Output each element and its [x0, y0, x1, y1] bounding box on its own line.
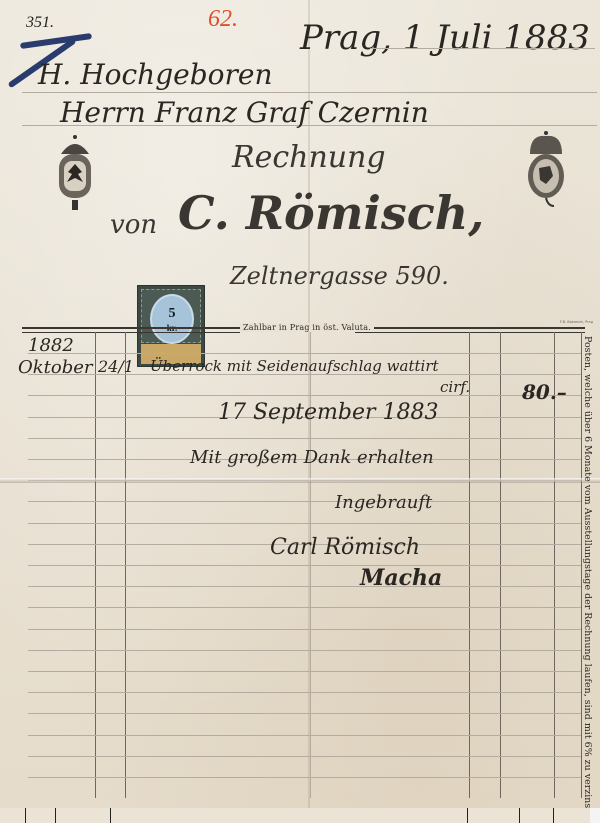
next-sheet-edge — [0, 808, 600, 823]
bohemian-coat-of-arms-icon — [524, 130, 568, 212]
background-edge — [590, 808, 600, 823]
ruled-line — [28, 523, 581, 524]
column-line — [553, 808, 554, 823]
stamp-value: 5 — [152, 307, 192, 321]
ruled-line — [28, 586, 581, 587]
column-line — [25, 808, 26, 823]
revenue-stamp: 5 kr. — [137, 285, 205, 367]
signature-macha: Macha — [360, 565, 442, 591]
ruled-line — [28, 565, 581, 566]
column-line — [55, 808, 56, 823]
payment-terms: Zahlbar in Prag in öst. Valuta. — [240, 323, 374, 332]
entry-description-cont: cirf. — [440, 378, 470, 396]
receipt-date: 17 September 1883 — [218, 400, 438, 425]
entry-amount: 80.– — [522, 380, 567, 404]
merchant-address: Zeltnergasse 590. — [230, 262, 449, 290]
austrian-coat-of-arms-icon — [53, 134, 97, 216]
ruled-line — [28, 501, 581, 502]
from-prefix: von — [110, 210, 157, 240]
ruled-line — [28, 777, 581, 778]
ruled-line — [28, 756, 581, 757]
header-rule-left — [22, 327, 240, 333]
entry-month: Oktober — [18, 357, 93, 378]
ruled-line — [28, 650, 581, 651]
paper-fold-horizontal — [0, 478, 600, 483]
entry-description: Überrock mit Seidenaufschlag wattirt — [150, 357, 439, 375]
ruled-line — [28, 671, 581, 672]
ruled-line — [28, 607, 581, 608]
salutation-line-1: H. Hochgeboren — [38, 58, 272, 91]
place-date: Prag, 1 Juli 1883 — [300, 18, 590, 58]
column-line — [110, 808, 111, 823]
header-rule-right — [355, 327, 585, 333]
archive-number: 351. — [26, 14, 54, 32]
stamp-oval: 5 kr. — [150, 294, 194, 344]
printer-credit: F.B. Batzenet, Prag — [560, 320, 593, 324]
merchant-name: C. Römisch, — [178, 186, 484, 240]
ruled-line — [28, 395, 581, 396]
interest-note: Posten, welche über 6 Monate vom Ausstel… — [579, 336, 593, 801]
entry-day: 24/1 — [98, 357, 134, 376]
column-line — [467, 808, 468, 823]
signature-roemisch: Carl Römisch — [270, 535, 420, 560]
address-line-1 — [22, 92, 597, 93]
column-line — [519, 808, 520, 823]
ruled-line — [28, 438, 581, 439]
receipt-received: Ingebrauft — [335, 492, 432, 513]
red-annotation: 62. — [208, 6, 238, 33]
invoice-title: Rechnung — [232, 140, 386, 175]
salutation-line-2: Herrn Franz Graf Czernin — [60, 96, 429, 129]
ruled-line — [28, 713, 581, 714]
entry-year: 1882 — [28, 335, 74, 356]
ruled-line — [28, 353, 581, 354]
ruled-line — [28, 629, 581, 630]
date-line — [370, 48, 595, 49]
ruled-line — [28, 692, 581, 693]
ruled-line — [28, 735, 581, 736]
receipt-thanks: Mit großem Dank erhalten — [190, 447, 434, 468]
